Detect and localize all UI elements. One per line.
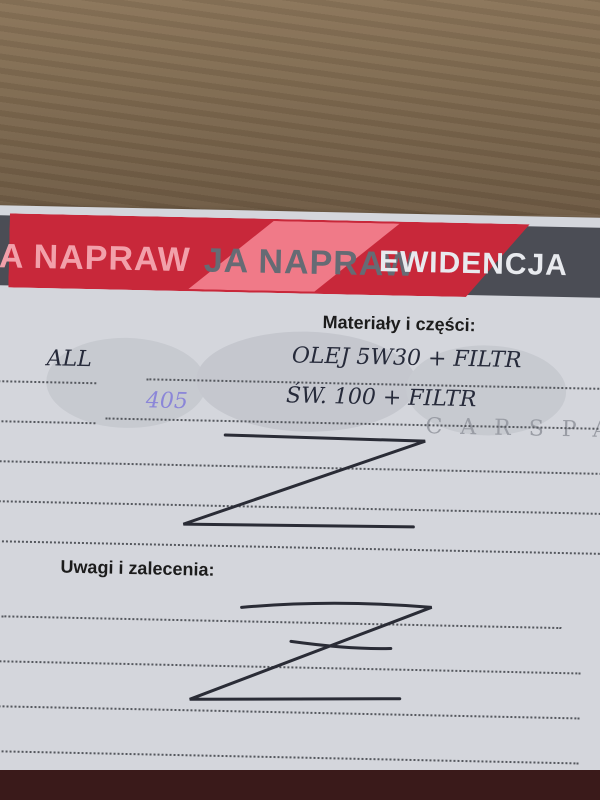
handwritten-materials-line-1: OLEJ 5W30 + FILTR xyxy=(292,343,522,373)
banner-title-right: EWIDENCJA xyxy=(379,245,569,283)
handwritten-left-line-2: 405 xyxy=(146,388,189,414)
dark-edge-background xyxy=(0,770,600,800)
service-booklet-page: A NAPRAW JA NAPRAW EWIDENCJA CARSPAT Mat… xyxy=(0,205,600,788)
banner-title-left: A NAPRAW xyxy=(0,237,191,280)
strike-through-z-mark-materials xyxy=(143,423,445,539)
dotted-line xyxy=(0,750,578,765)
materials-label: Materiały i części: xyxy=(322,312,475,336)
strike-through-z-mark-remarks xyxy=(179,594,441,719)
remarks-label: Uwagi i zalecenia: xyxy=(60,557,214,581)
dotted-line xyxy=(0,540,600,555)
handwritten-left-line-1: ALL xyxy=(47,346,93,372)
handwritten-materials-line-2: ŚW. 100 + FILTR xyxy=(286,383,477,412)
wooden-table-background xyxy=(0,0,600,215)
